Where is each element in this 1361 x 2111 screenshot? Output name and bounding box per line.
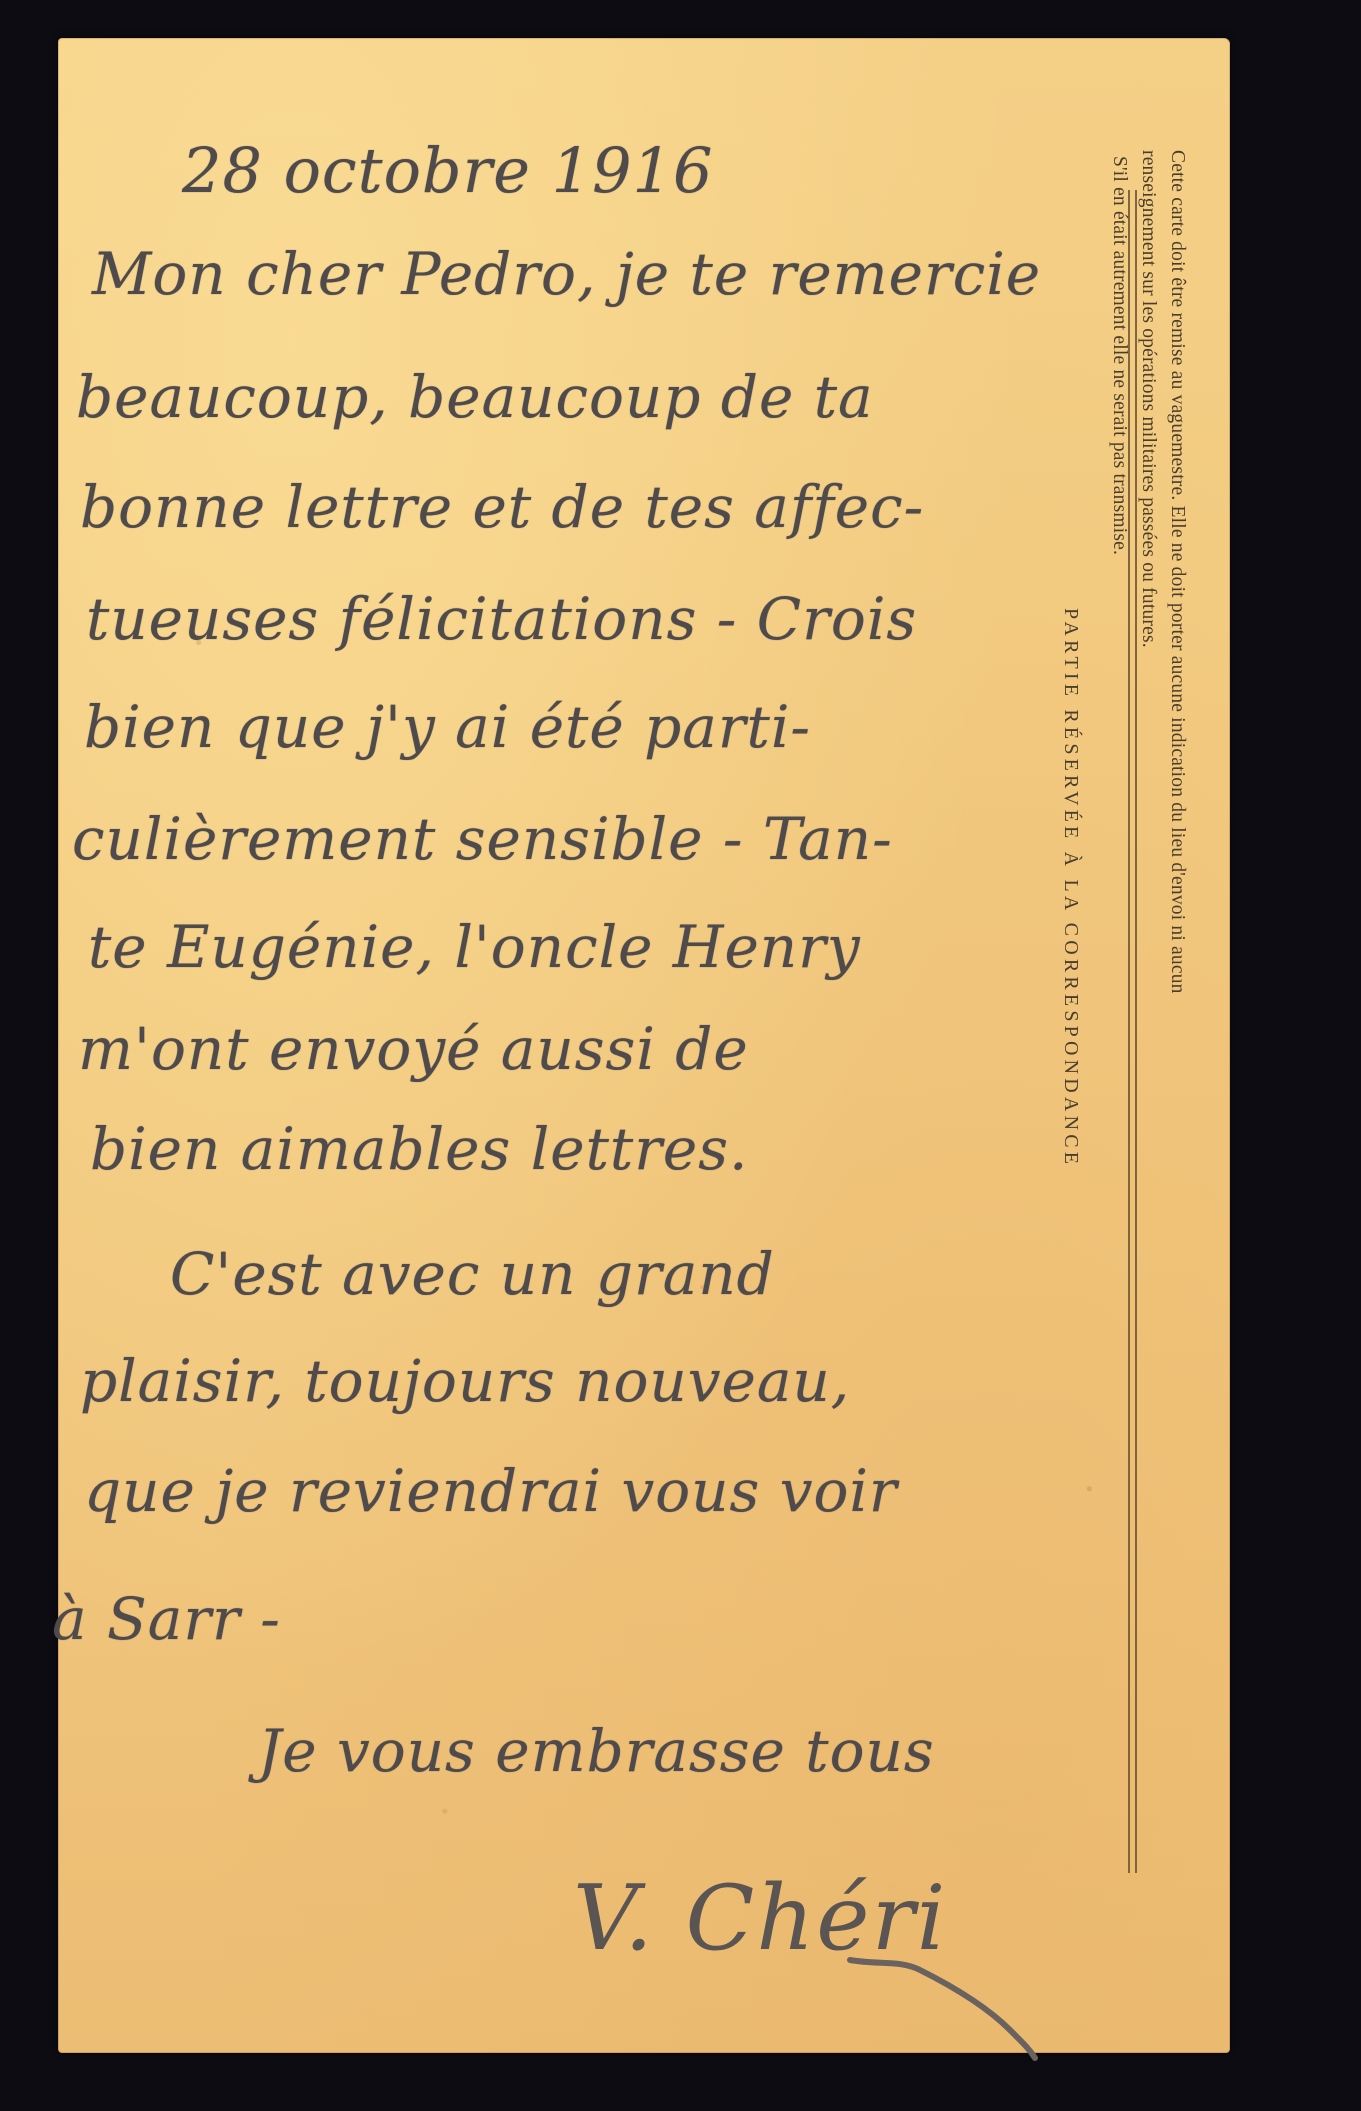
reserved-label-text: PARTIE RÉSERVÉE À LA CORRESPONDANCE [1059, 608, 1082, 1468]
notice-line: renseignement sur les opérations militai… [1134, 150, 1163, 1970]
handwritten-line: bonne lettre et de tes affec- [80, 478, 924, 536]
printed-notice: Cette carte doit être remise au vaguemes… [1092, 150, 1192, 1970]
reserved-correspondence-label: PARTIE RÉSERVÉE À LA CORRESPONDANCE [1048, 608, 1088, 1468]
handwritten-line: Mon cher Pedro, je te remercie [92, 245, 1041, 303]
signature: V. Chéri [573, 1866, 947, 1971]
handwritten-line: tueuses félicitations - Crois [86, 590, 917, 648]
handwritten-line: à Sarr - [52, 1590, 281, 1648]
handwritten-line: m'ont envoyé aussi de [78, 1020, 749, 1078]
handwritten-line: beaucoup, beaucoup de ta [76, 368, 874, 426]
handwritten-line: que je reviendrai vous voir [84, 1462, 898, 1520]
handwritten-line: te Eugénie, l'oncle Henry [88, 918, 861, 976]
handwritten-line: culièrement sensible - Tan- [72, 810, 893, 868]
notice-line: Cette carte doit être remise au vaguemes… [1163, 150, 1192, 1970]
handwritten-line: bien aimables lettres. [90, 1120, 748, 1178]
handwritten-line: bien que j'y ai été parti- [84, 698, 811, 756]
handwritten-line: C'est avec un grand [170, 1245, 775, 1303]
handwritten-line: Je vous embrasse tous [258, 1722, 935, 1780]
handwritten-date: 28 octobre 1916 [182, 140, 713, 202]
notice-line: S'il en était autrement elle ne serait p… [1105, 150, 1134, 1970]
handwritten-line: plaisir, toujours nouveau, [80, 1352, 850, 1410]
